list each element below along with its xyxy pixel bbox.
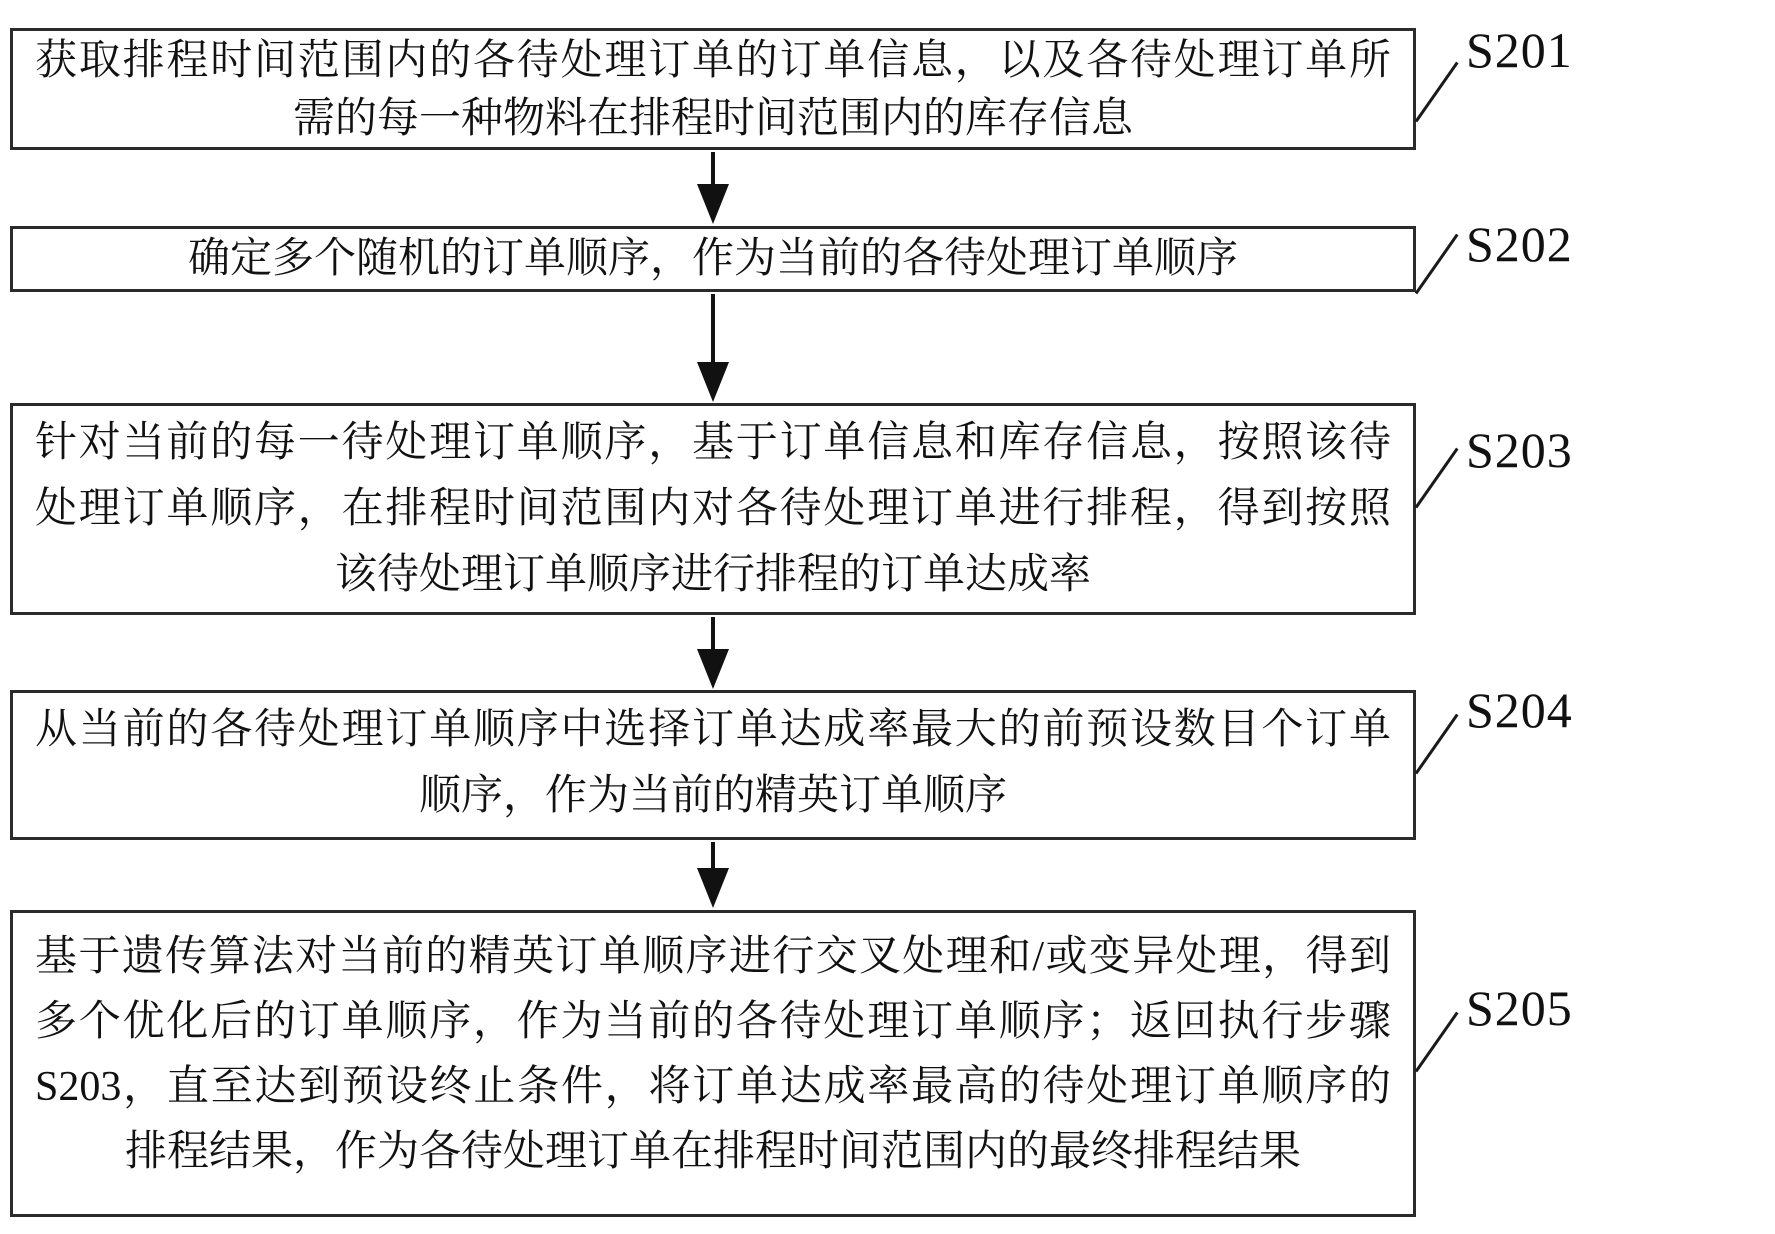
- step-text-line: 该待处理订单顺序进行排程的订单达成率: [35, 542, 1391, 608]
- step-text-line: S203，直至达到预设终止条件，将订单达成率最高的待处理订单顺序的: [35, 1055, 1391, 1120]
- step-label-s202: S202: [1466, 218, 1573, 270]
- arrow-head-icon: [697, 649, 729, 689]
- step-text-line: 获取排程时间范围内的各待处理订单的订单信息，以及各待处理订单所: [35, 32, 1391, 90]
- step-text-line: 排程结果，作为各待处理订单在排程时间范围内的最终排程结果: [35, 1120, 1391, 1185]
- arrow-head-icon: [697, 868, 729, 908]
- arrow-shaft: [711, 152, 715, 184]
- step-text-line: 多个优化后的订单顺序，作为当前的各待处理订单顺序；返回执行步骤: [35, 990, 1391, 1055]
- arrow-shaft: [711, 294, 715, 362]
- arrow-head-icon: [697, 184, 729, 224]
- step-text-line: 从当前的各待处理订单顺序中选择订单达成率最大的前预设数目个订单: [35, 697, 1391, 763]
- step-box-s203: 针对当前的每一待处理订单顺序，基于订单信息和库存信息，按照该待 处理订单顺序，在…: [10, 403, 1416, 615]
- step-box-s201: 获取排程时间范围内的各待处理订单的订单信息，以及各待处理订单所 需的每一种物料在…: [10, 28, 1416, 150]
- step-text-line: 基于遗传算法对当前的精英订单顺序进行交叉处理和/或变异处理，得到: [35, 925, 1391, 990]
- step-label-s201: S201: [1466, 24, 1573, 76]
- label-connector-line: [1415, 234, 1459, 295]
- step-label-s204: S204: [1466, 684, 1573, 736]
- flow-arrow-down: [695, 842, 731, 908]
- step-text-line: 处理订单顺序，在排程时间范围内对各待处理订单进行排程，得到按照: [35, 476, 1391, 542]
- step-text-line: 顺序，作为当前的精英订单顺序: [35, 763, 1391, 829]
- label-connector-line: [1415, 448, 1459, 509]
- patent-flowchart: 获取排程时间范围内的各待处理订单的订单信息，以及各待处理订单所 需的每一种物料在…: [0, 0, 1775, 1234]
- step-box-s204: 从当前的各待处理订单顺序中选择订单达成率最大的前预设数目个订单 顺序，作为当前的…: [10, 690, 1416, 840]
- flow-arrow-down: [695, 617, 731, 689]
- step-label-s203: S203: [1466, 424, 1573, 476]
- step-text-line: 需的每一种物料在排程时间范围内的库存信息: [35, 90, 1391, 148]
- step-box-s205: 基于遗传算法对当前的精英订单顺序进行交叉处理和/或变异处理，得到 多个优化后的订…: [10, 910, 1416, 1217]
- arrow-head-icon: [697, 362, 729, 402]
- step-text-line: 确定多个随机的订单顺序，作为当前的各待处理订单顺序: [35, 229, 1391, 289]
- arrow-shaft: [711, 842, 715, 868]
- flow-arrow-down: [695, 152, 731, 224]
- label-connector-line: [1415, 62, 1459, 123]
- arrow-shaft: [711, 617, 715, 649]
- step-box-s202: 确定多个随机的订单顺序，作为当前的各待处理订单顺序: [10, 226, 1416, 292]
- flow-arrow-down: [695, 294, 731, 402]
- label-connector-line: [1415, 714, 1459, 775]
- step-label-s205: S205: [1466, 982, 1573, 1034]
- step-text-line: 针对当前的每一待处理订单顺序，基于订单信息和库存信息，按照该待: [35, 410, 1391, 476]
- label-connector-line: [1415, 1012, 1459, 1073]
